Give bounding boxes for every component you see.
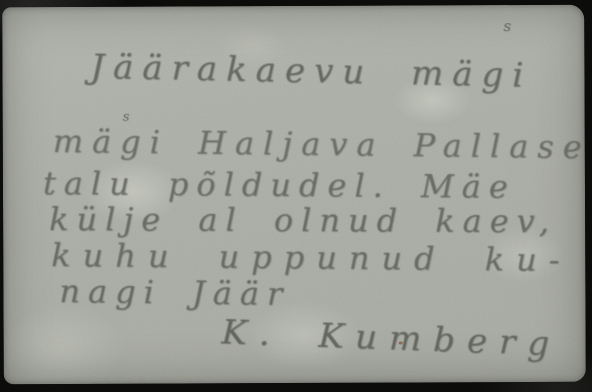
paper-speck [399, 342, 403, 345]
signature-line: K. Kumberg [221, 312, 562, 364]
stray-pencil-mark: s [503, 17, 511, 35]
photo-background: s s Jäärakaevu mägi mägi Haljava Pallase… [0, 0, 592, 392]
note-paper: s s Jäärakaevu mägi mägi Haljava Pallase… [2, 5, 586, 385]
handwriting-line: nagi Jäär [59, 272, 290, 313]
handwriting-line: mägi Haljava Pallase [53, 122, 586, 166]
handwriting-title-line: Jäärakaevu mägi [90, 47, 532, 96]
handwriting-line: külje al olnud kaev, [49, 200, 557, 240]
